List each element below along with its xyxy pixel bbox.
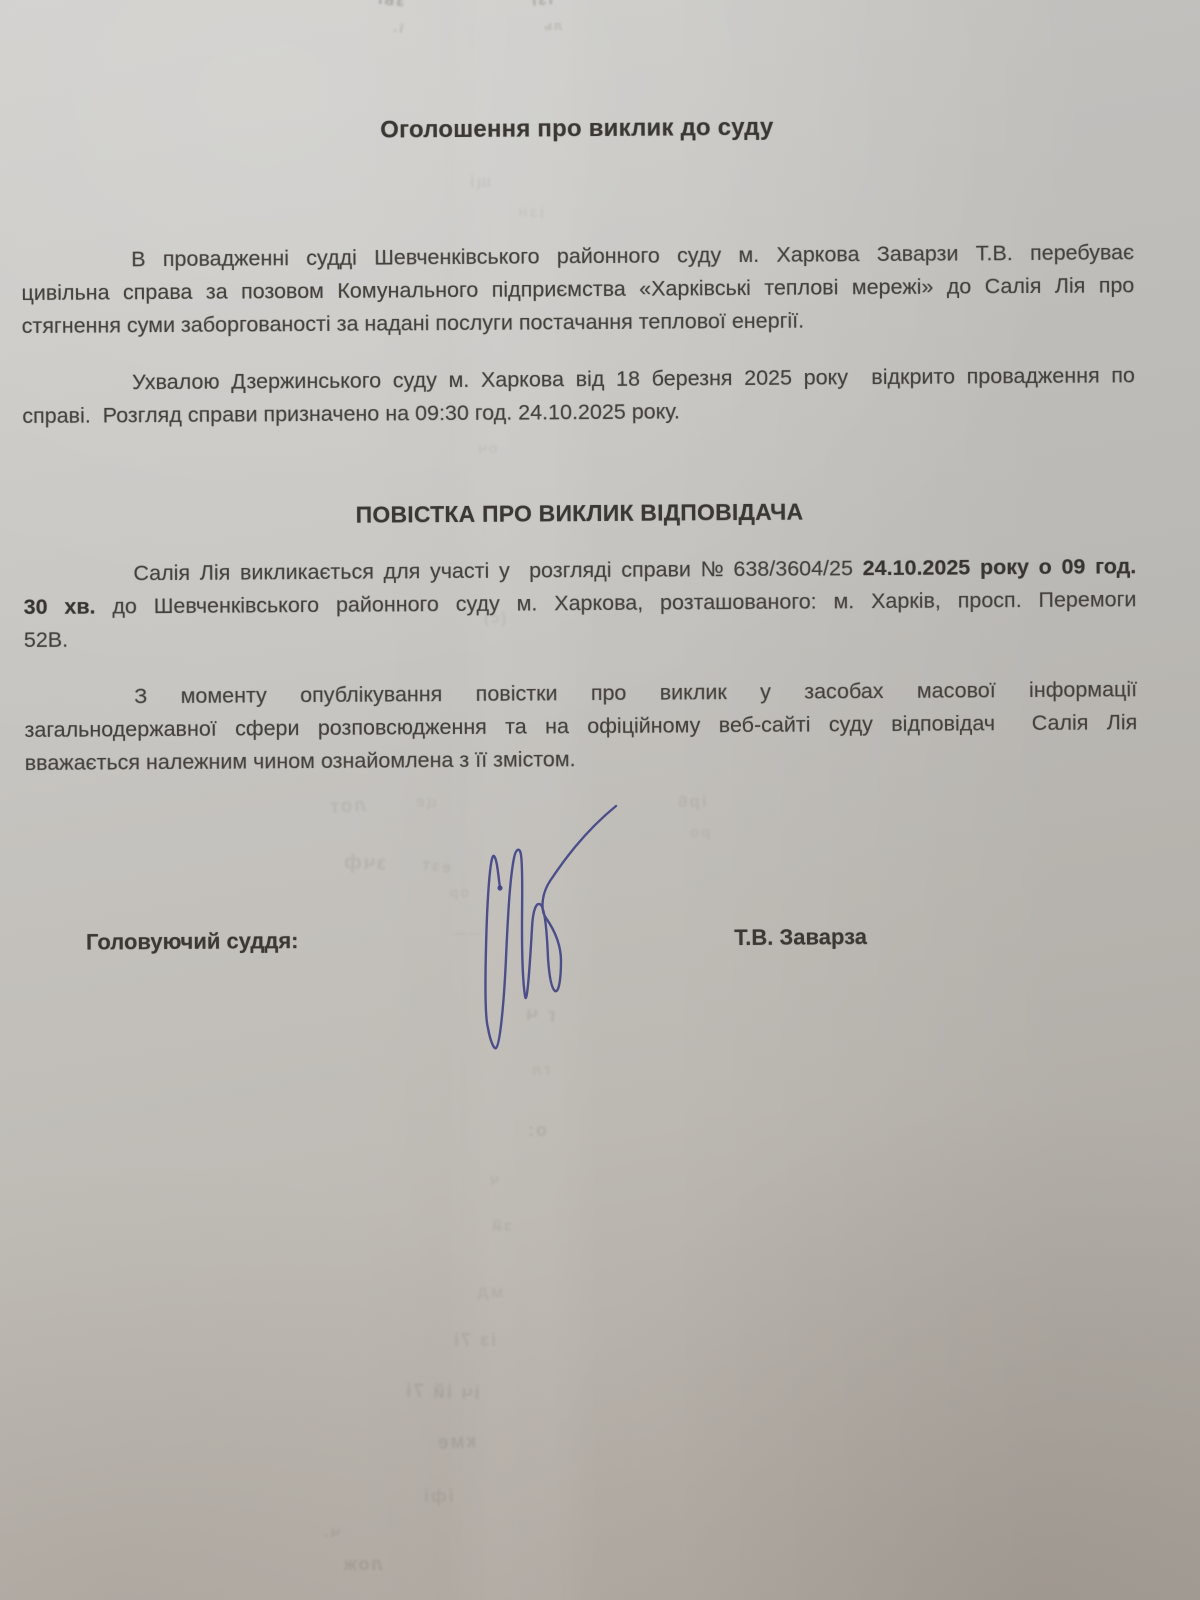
document-page: Оголошення про виклик до суду В провадже… <box>0 0 1200 1600</box>
bold-text-segment: 30 хв. <box>24 595 96 620</box>
text-segment: до Шевченківського районного суду м. Хар… <box>95 587 1136 618</box>
text-segment: справі. Розгляд справи призначено на 09:… <box>22 399 680 428</box>
paragraph: З моменту опублікування повістки про вик… <box>24 673 1138 780</box>
summons-section: Салія Лія викликається для участі у розг… <box>23 550 1138 780</box>
text-segment: 52В. <box>24 628 68 652</box>
text-segment: цивільна справа за позовом Комунального … <box>21 273 1134 305</box>
judge-name: Т.В. Заварза <box>734 920 867 954</box>
document-photo: звїї.ізїльщіізноч(с)лотзчфцеезторір6ро——… <box>0 0 1200 1600</box>
paragraph: Ухвалою Дзержинського суду м. Харкова ві… <box>22 359 1135 433</box>
bold-text-segment: 24.10.2025 року о 09 год. <box>863 554 1137 580</box>
text-line: справі. Розгляд справи призначено на 09:… <box>22 392 1135 433</box>
text-segment: стягнення суми заборгованості за надані … <box>22 309 805 338</box>
signature-label: Головуючий суддя: <box>86 924 299 958</box>
document-title: Оголошення про виклик до суду <box>20 108 1133 149</box>
paragraph: В провадженні судді Шевченківського райо… <box>21 236 1135 343</box>
text-line: стягнення суми заборгованості за надані … <box>22 302 1135 343</box>
text-segment: Ухвалою Дзержинського суду м. Харкова ві… <box>132 363 1135 394</box>
text-segment: вважається належним чином ознайомлена з … <box>25 747 576 775</box>
intro-section: В провадженні судді Шевченківського райо… <box>21 236 1135 433</box>
summons-heading: ПОВІСТКА ПРО ВИКЛИК ВІДПОВІДАЧА <box>23 493 1136 534</box>
text-segment: загальнодержавної сфери розповсюдження т… <box>24 710 1137 742</box>
text-segment: В провадженні судді Шевченківського райо… <box>131 240 1134 271</box>
text-segment: З моменту опублікування повістки про вик… <box>134 677 1137 708</box>
text-segment: Салія Лія викликається для участі у розг… <box>133 556 862 585</box>
paragraph: Салія Лія викликається для участі у розг… <box>23 550 1137 657</box>
signature-row: Головуючий суддя: Т.В. Заварза <box>26 918 1139 959</box>
text-line: вважається належним чином ознайомлена з … <box>25 739 1138 780</box>
